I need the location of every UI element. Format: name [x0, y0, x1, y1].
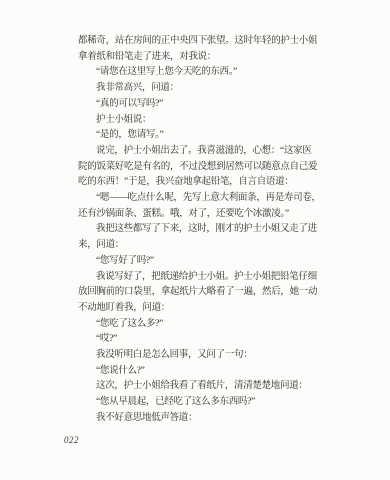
text-line: “您写好了吗?”: [78, 254, 316, 270]
text-line: “是的，您请写。”: [78, 128, 316, 144]
text-line: 来，问道：: [78, 238, 316, 254]
text-line: 护士小姐说：: [78, 113, 316, 129]
body-text: 都稀奇，站在房间的正中央四下张望。这时年轻的护士小姐拿着纸和铅笔走了进来，对我说…: [78, 34, 316, 427]
text-line: 还有沙锅面条、蛋糕。哦，对了，还要吃个冰激凌。”: [78, 207, 316, 223]
text-line: 吃的东西！”于是，我兴奋地拿起铅笔，自言自语道：: [78, 175, 316, 191]
text-line: “请您在这里写上您今天吃的东西。”: [78, 65, 316, 81]
text-line: “您从早晨起，已经吃了这么多东西吗?”: [78, 395, 316, 411]
text-line: 我说写好了，把纸递给护士小姐。护士小姐把铅笔仔细: [78, 270, 316, 286]
text-line: 我把这些都写了下来，这时，刚才的护士小姐又走了进: [78, 222, 316, 238]
text-line: 都稀奇，站在房间的正中央四下张望。这时年轻的护士小姐: [78, 34, 316, 50]
text-line: “真的可以写吗?”: [78, 97, 316, 113]
text-line: “哎?”: [78, 332, 316, 348]
text-line: “您吃了这么多?”: [78, 317, 316, 333]
text-line: 放回胸前的口袋里，拿起纸片大略看了一遍，然后，她一动: [78, 285, 316, 301]
text-line: 说完，护士小姐出去了。我喜滋滋的，心想：“这家医: [78, 144, 316, 160]
text-line: “您说什么?”: [78, 364, 316, 380]
text-line: 不动地盯着我，问道：: [78, 301, 316, 317]
text-line: “嗯——吃点什么呢，先写上意大利面条，再是寿司卷，: [78, 191, 316, 207]
text-line: 我没听明白是怎么回事，又问了一句：: [78, 348, 316, 364]
book-page: 都稀奇，站在房间的正中央四下张望。这时年轻的护士小姐拿着纸和铅笔走了进来，对我说…: [0, 0, 390, 480]
text-line: 我非常高兴，问道：: [78, 81, 316, 97]
text-line: 院的饭菜好吃是有名的，不过没想到居然可以随意点自己爱: [78, 160, 316, 176]
text-line: 拿着纸和铅笔走了进来，对我说：: [78, 50, 316, 66]
text-line: 这次，护士小姐给我看了看纸片，清清楚楚地问道：: [78, 379, 316, 395]
page-number: 022: [64, 435, 79, 445]
text-line: 我不好意思地低声答道：: [78, 411, 316, 427]
